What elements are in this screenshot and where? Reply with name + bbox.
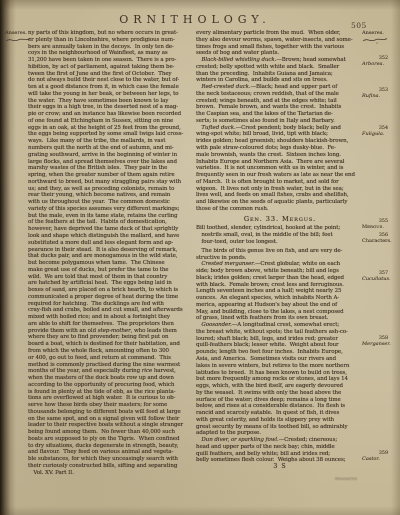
text-line: of March. It is often brought to market,… (196, 179, 364, 186)
left-text-column: ny parts of this kingdom, but no where o… (28, 30, 196, 477)
text-line: will take the young in her beak, or betw… (28, 91, 196, 98)
margin-note-label: Characters. (362, 239, 397, 245)
text-line: merica, appearing at Hudson's bay about … (196, 302, 364, 309)
text-line: mixed with boiled rice; and in about a f… (28, 314, 196, 321)
text-line: side; body brown above, white beneath; b… (196, 268, 364, 275)
text-line: nostrils small, oval, in the middle of t… (196, 232, 364, 239)
text-line: ble substances, for which they unceasing… (28, 456, 196, 463)
text-line: four-toed, outer toe longest. (196, 239, 364, 246)
text-line: those of the common rush. (196, 206, 364, 213)
text-line: and likewise on the seeds of aquatic pla… (196, 199, 364, 206)
margin-note: 356Characters. (362, 233, 397, 244)
text-line: 31,200 have been taken in one season. Th… (28, 57, 196, 64)
text-line: make great use of ducks, but prefer the … (28, 267, 196, 274)
text-line: the breast white, without spots; the tai… (196, 329, 364, 336)
text-line: pounds; length two feet four inches. Inh… (196, 349, 364, 356)
margin-note: Anseres. (5, 31, 28, 43)
text-line: frequently seen in our fresh waters as l… (196, 172, 364, 179)
left-margin-notes: Anseres. (5, 0, 28, 515)
margin-note: 354Fuligula. (362, 126, 397, 137)
text-line: spring, when the greater number of them … (28, 172, 196, 179)
text-line: but become polygamous when tame. The Chi… (28, 260, 196, 267)
ditto-mark: ” (362, 43, 397, 49)
catchword: measures (326, 477, 366, 482)
text-line: variety of this species assumes very dif… (28, 206, 196, 213)
text-line: the Caspian sea, and the lakes of the Ta… (196, 111, 364, 118)
text-line: every alimentary particle from the mud. … (196, 30, 364, 37)
text-line: by the weasel. It swims with only the he… (196, 390, 364, 397)
margin-note-label: Cucullatus. (362, 277, 397, 283)
text-line: however, have deprived the tame duck of … (28, 226, 196, 233)
margin-note: 357Cucullatus. (362, 271, 397, 282)
text-line: rancid and scarcely eatable. In quest of… (196, 410, 364, 417)
page-title: ORNITHOLOGY. (10, 13, 380, 26)
page-edge-shadow-bottom (0, 506, 400, 515)
text-line: ounces. An elegant species, which inhabi… (196, 295, 364, 302)
text-line: with great celerity, and holds its slipp… (196, 417, 364, 424)
text-line: Goosander.—A longitudinal crest, somewha… (196, 322, 364, 329)
text-line: serts; is sometimes also found in Italy … (196, 118, 364, 125)
text-line: ny parts of this kingdom, but no where o… (28, 30, 196, 37)
text-line: serve how these birds obey their masters… (28, 402, 196, 409)
right-margin-notes: Anseres.”352Arborea.353Rufina.354Fuligul… (362, 0, 397, 515)
text-line: eggs, which, with the bird itself, are e… (196, 383, 364, 390)
text-line: northward to breed, but many straggling … (28, 179, 196, 186)
text-line: ten at a good distance from it, in which… (28, 84, 196, 91)
margin-note: 359Castor. (362, 451, 397, 462)
margin-note: 353Rufina. (362, 88, 397, 99)
text-line: er plenty than in Lincolnshire, where pr… (28, 37, 196, 44)
text-line: lakes in severe winters, but retires to … (196, 363, 364, 370)
margin-note-label: Rufina. (362, 94, 397, 100)
margin-note-label: Castor. (362, 457, 397, 463)
margin-note: 355Mergus. (362, 219, 397, 230)
text-line: black; irides golden; crest larger than … (196, 275, 364, 282)
text-line: or 400, go out to feed, and return at co… (28, 355, 196, 362)
margin-note-label: Merganser. (362, 342, 397, 348)
text-line: thousands belonging to different boats w… (28, 409, 196, 416)
text-line: hibition, by act of parliament, against … (28, 64, 196, 71)
text-line: being found among them. No fewer than 40… (28, 429, 196, 436)
margin-note-label: Arborea. (362, 62, 397, 68)
text-line: numbers quit the north at the end of aut… (28, 145, 196, 152)
page-edge-shadow-top (0, 0, 400, 10)
text-line: Red-crested duck.—Black; head and upper … (196, 84, 364, 91)
text-line: their curiously constructed bills, sifti… (28, 463, 196, 470)
text-line: head and upper parts of the neck bay; ch… (196, 444, 364, 451)
text-line: male brownish, wants the crest. Sixteen … (196, 152, 364, 159)
text-line: irides golden; head greenish; shoulders … (196, 138, 364, 145)
text-line: they also devour worms, spawn, water-ins… (196, 37, 364, 44)
text-line: board a boat, which is destined for thei… (28, 341, 196, 348)
text-line: Dun diver, or sparkling fowl.—Crested; c… (196, 437, 364, 444)
text-line: substituted a more dull and less elegant… (28, 240, 196, 247)
margin-note: 358Merganser. (362, 336, 397, 347)
text-line: boats are supposed to ply on the Tigris.… (28, 436, 196, 443)
text-line: are able to shift for themselves. The pr… (28, 321, 196, 328)
text-line: the neck testaceous; crown reddish, that… (196, 91, 364, 98)
text-line: with pale straw-coloured dots; legs dusk… (196, 145, 364, 152)
right-text-column: every alimentary particle from the mud. … (196, 30, 364, 471)
margin-note: 352Arborea. (362, 56, 397, 67)
text-line: boxes of sand, are placed on a brick hea… (28, 287, 196, 294)
text-line: with us throughout the year. The common … (28, 199, 196, 206)
text-line: grating southward, arrive in the beginni… (28, 152, 196, 159)
text-line: Asia, and America. Sometimes visits our … (196, 356, 364, 363)
text-line: of one found at Etchingham in Sussex, si… (28, 118, 196, 125)
margin-note-label: Anseres. (5, 31, 28, 37)
text-line: look and shape which distinguish the mal… (28, 233, 196, 240)
margin-note-label: Anseres. (362, 31, 397, 37)
text-line: when the masters of the duck boats row u… (28, 375, 196, 382)
scanned-book-page: ORNITHOLOGY. 505 Anseres. ny parts of th… (0, 0, 400, 515)
text-line: pie or crow; and an instance has likewis… (28, 111, 196, 118)
text-line: Black-billed whistling duck.—Brown; head… (196, 57, 364, 64)
text-line: ways. Like many of the tribe, the mallar… (28, 138, 196, 145)
text-line: crested; belly spotted with white and bl… (196, 64, 364, 71)
margin-note: Anseres.” (362, 31, 397, 49)
margin-note-label: Fuligula. (362, 132, 397, 138)
text-line: 3 S (196, 464, 364, 471)
text-line: Gen. 33. Mergus. (196, 216, 364, 223)
text-line: communicated a proper degree of heat dur… (28, 294, 196, 301)
margin-note-label: Mergus. (362, 225, 397, 231)
text-line: from which the whole flock, amounting of… (28, 348, 196, 355)
text-line: according to the opportunity of procurin… (28, 382, 196, 389)
text-line: Vol. XV. Part II. (28, 470, 196, 477)
text-line: The birds of this genus live on fish, an… (196, 248, 364, 255)
